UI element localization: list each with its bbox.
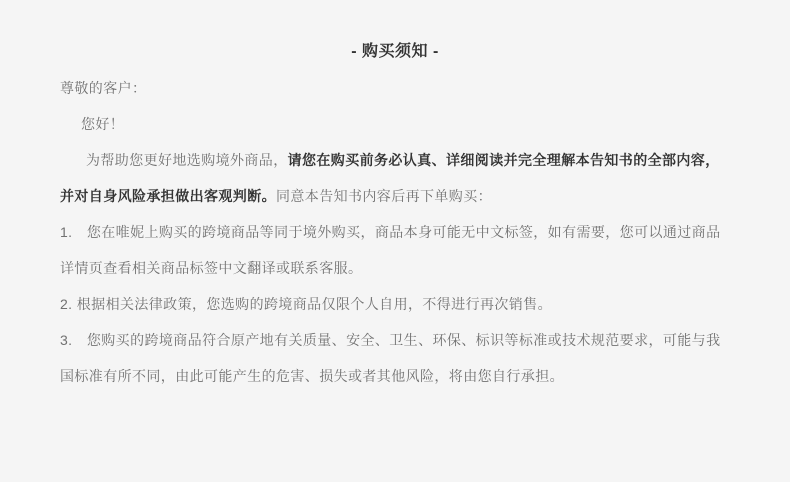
purchase-notice-page: - 购买须知 - 尊敬的客户： 您好！ 为帮助您更好地选购境外商品，请您在购买前… <box>0 0 790 482</box>
page-title: - 购买须知 - <box>60 34 730 70</box>
intro-tail-text: 同意本告知书内容后再下单购买： <box>276 188 492 204</box>
notice-item-1: 1. 您在唯妮上购买的跨境商品等同于境外购买，商品本身可能无中文标签，如有需要，… <box>60 214 730 286</box>
greeting-text: 您好！ <box>60 106 730 142</box>
salutation-text: 尊敬的客户： <box>60 70 730 106</box>
intro-lead-text: 为帮助您更好地选购境外商品， <box>86 152 288 168</box>
intro-paragraph: 为帮助您更好地选购境外商品，请您在购买前务必认真、详细阅读并完全理解本告知书的全… <box>60 142 730 214</box>
notice-item-3: 3. 您购买的跨境商品符合原产地有关质量、安全、卫生、环保、标识等标准或技术规范… <box>60 322 730 394</box>
notice-item-2: 2. 根据相关法律政策，您选购的跨境商品仅限个人自用，不得进行再次销售。 <box>60 286 730 322</box>
